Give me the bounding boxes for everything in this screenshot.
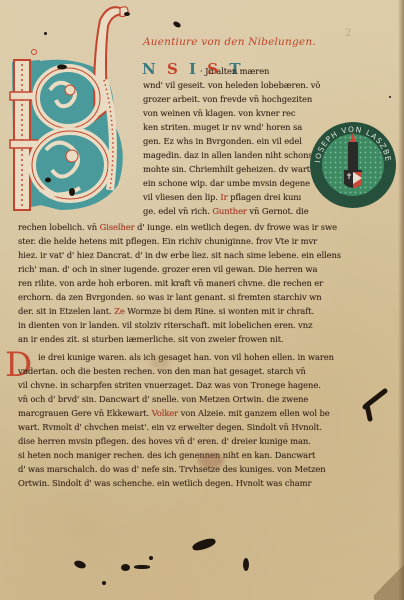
stain (198, 453, 224, 469)
manuscript-line: ren rilıte. von arde hoh erboren. mit kr… (18, 278, 323, 288)
manuscript-line: von weinen vn̄ klagen. von kvner rec (143, 108, 295, 118)
manuscript-line: gen. Ez whs in Bvrgonden. ein vil edel (143, 136, 302, 146)
manuscript-line: erchorn. da zen Bvrgonden. so was ir lan… (18, 292, 322, 302)
manuscript-line: ge. edel vn̄ rich. Gunther vn̄ Gernot. d… (143, 206, 309, 216)
manuscript-line: grozer arbeit. von frevde vn̄ hochgezite… (143, 94, 312, 104)
page-edge (398, 0, 404, 600)
manuscript-line: der. sit in Etzelen lant. Ze Wormze bi d… (18, 306, 314, 316)
manuscript-line: si heten noch maniger rechen. des ich ge… (18, 450, 315, 460)
manuscript-line: vn̄ och d' brvd' sin. Dancwart d' snelle… (18, 394, 308, 404)
ink-blot (389, 96, 391, 98)
incipit-letter: S (167, 60, 181, 78)
incipit-letter: N (142, 60, 159, 78)
ink-blot (102, 581, 106, 585)
manuscript-line: mohte sin. Chriemhilt geheizen. dv wart (143, 164, 310, 174)
ownership-stamp: IOSEPH VON LASZBERG RITTER (308, 120, 398, 210)
manuscript-line: magedin. daz in allen landen niht schons (143, 150, 313, 160)
section-initial: D (5, 348, 32, 382)
manuscript-line: ster. die helde hetens mit pflegen. Ein … (18, 236, 317, 246)
manuscript-line: · Jn alten mæren (200, 66, 269, 76)
rubricated-word: Volker (152, 408, 178, 418)
manuscript-line: wart. Rvmolt d' chvchen meist'. ein vz e… (18, 422, 322, 432)
manuscript-line: hiez. ir vat' d' hiez Dancrat. d' in dw … (18, 250, 341, 260)
rubricated-word: Giselher (100, 222, 135, 232)
incipit-letter: I (189, 60, 199, 78)
ink-blot (243, 558, 249, 571)
ink-mark (355, 385, 395, 425)
manuscript-line: vil vliesen den lip. Ir pflagen drei kun… (143, 192, 301, 202)
manuscript-line: d' was marschalch. do was d' nefe sin. T… (18, 464, 326, 474)
manuscript-line: ein schone wip. dar umbe mvsin degene (143, 178, 310, 188)
folio-mark: 2 (345, 28, 352, 39)
stain (150, 355, 170, 369)
manuscript-line: in dienten von ir landen. vil stolziv ri… (18, 320, 312, 330)
page-corner (374, 560, 404, 600)
manuscript-line: dise herren mvsin pflegen. des hoves vn̄… (18, 436, 311, 446)
manuscript-line: rechen lobelich. vn̄ Giselher d' iunge. … (18, 222, 337, 232)
manuscript-line: ie drei kunige waren. als ich gesaget ha… (38, 352, 334, 362)
manuscript-line: an ir endes zit. si sturben iæmerliche. … (18, 334, 284, 344)
rubricated-word: Ze (114, 306, 125, 316)
manuscript-line: rich' man. d' och in siner iugende. groz… (18, 264, 317, 274)
rubricated-word: Gunther (212, 206, 247, 216)
ink-blot (121, 564, 130, 571)
manuscript-line: vil chvne. in scharpfen striten vnuerzag… (18, 380, 321, 390)
manuscript-line: wnd' vil geseit. von heleden lobebæren. … (143, 80, 320, 90)
manuscript-line: marcgrauen Gere vn̄ Ekkewart. Volker von… (18, 408, 330, 418)
rubricated-word: Ir (220, 192, 227, 202)
ink-blot (134, 565, 150, 569)
ink-blot (149, 556, 153, 560)
ink-blot (44, 32, 47, 35)
manuscript-line: Ortwin. Sindolt d' was schenche. ein wet… (18, 478, 311, 488)
rubric-heading: Auentiure von den Nibelungen. (143, 36, 316, 48)
manuscript-line: ken striten. muget ir nv wnd' horen sa (143, 122, 302, 132)
illuminated-initial (0, 0, 140, 220)
